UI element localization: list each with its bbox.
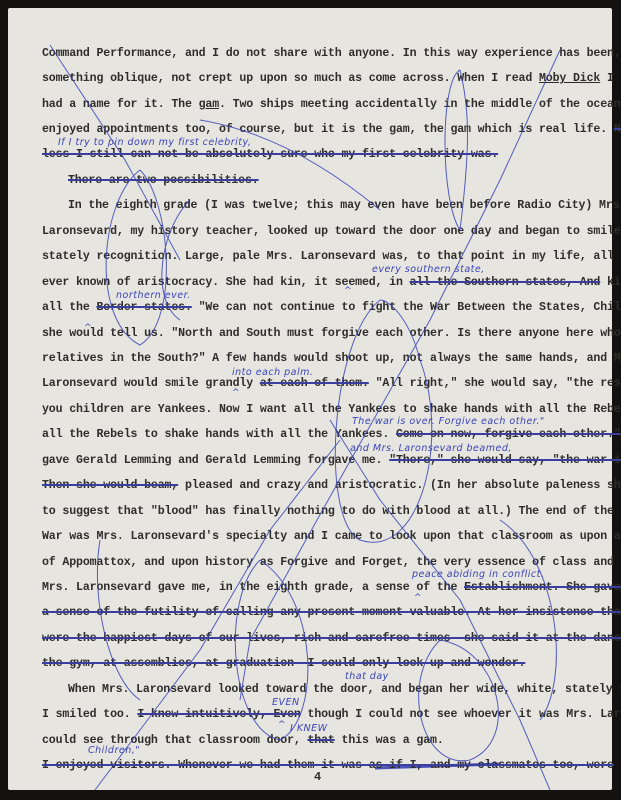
annotation: The war is over. Forgive each other." [352, 416, 545, 427]
annotation: peace abiding in conflict. [412, 569, 544, 580]
text-line: Mrs. Laronsevard gave me, in the eighth … [42, 581, 621, 595]
page-number: 4 [314, 770, 321, 784]
insertion-caret: ^ [232, 388, 240, 398]
insertion-caret: ^ [84, 323, 92, 333]
text-line: War was Mrs. Laronsevard's specialty and… [42, 530, 621, 544]
text-line: Laronsevard would smile grandly at each … [42, 377, 621, 391]
annotation: EVEN [272, 697, 300, 708]
text-line: were the happiest days of our lives, ric… [42, 632, 621, 646]
text-line: she would tell us. "North and South must… [42, 327, 621, 341]
insertion-caret: ^ [278, 720, 286, 730]
text-line: I enjoyed visitors. Whenever we had them… [42, 759, 614, 773]
annotation: and Mrs. Laronsevard beamed, [350, 443, 512, 454]
text-line: When Mrs. Laronsevard looked toward the … [68, 683, 621, 697]
text-line: relatives in the South?" A few hands wou… [42, 352, 621, 366]
text-line: ever known of aristocracy. She had kin, … [42, 276, 621, 290]
text-line: a sense of the futility of calling any p… [42, 606, 621, 620]
insertion-caret: ^ [344, 286, 352, 296]
text-line: In the eighth grade (I was twelve; this … [68, 199, 621, 213]
text-line: all the Rebels to shake hands with all t… [42, 428, 621, 442]
text-line: the gym, at assemblies, at graduation--I… [42, 657, 525, 671]
text-line: Command Performance, and I do not share … [42, 47, 621, 61]
annotation: into each palm. [232, 367, 313, 378]
text-line: you children are Yankees. Now I want all… [42, 403, 621, 417]
insertion-caret: ^ [414, 593, 422, 603]
text-line: of Appomattox, and upon history as Forgi… [42, 556, 621, 570]
text-line: There are two possibilities. [68, 174, 259, 188]
text-line: Then she would beam, pleased and crazy a… [42, 479, 621, 493]
annotation: Children," [88, 745, 140, 756]
text-line: to suggest that "blood" has finally noth… [42, 505, 621, 519]
annotation: that day [345, 671, 389, 682]
text-line: something oblique, not crept up upon so … [42, 72, 621, 86]
text-line: all the Border states. "We can not conti… [42, 301, 621, 315]
text-line: had a name for it. The gam. Two ships me… [42, 98, 621, 112]
annotation: northern ever. [116, 290, 191, 301]
annotation: every southern state, [372, 264, 485, 275]
text-line: less I still can not be absolutely sure … [42, 148, 498, 162]
text-line: enjoyed appointments too, of course, but… [42, 123, 621, 137]
annotation: I KNEW [290, 723, 328, 734]
text-line: Laronsevard, my history teacher, looked … [42, 225, 621, 239]
annotation: If I try to pin down my first celebrity, [58, 137, 251, 148]
text-line: stately recognition. Large, pale Mrs. La… [42, 250, 621, 264]
text-line: I smiled too. I knew intuitively, Even t… [42, 708, 621, 722]
text-line: gave Gerald Lemming and Gerald Lemming f… [42, 454, 621, 468]
